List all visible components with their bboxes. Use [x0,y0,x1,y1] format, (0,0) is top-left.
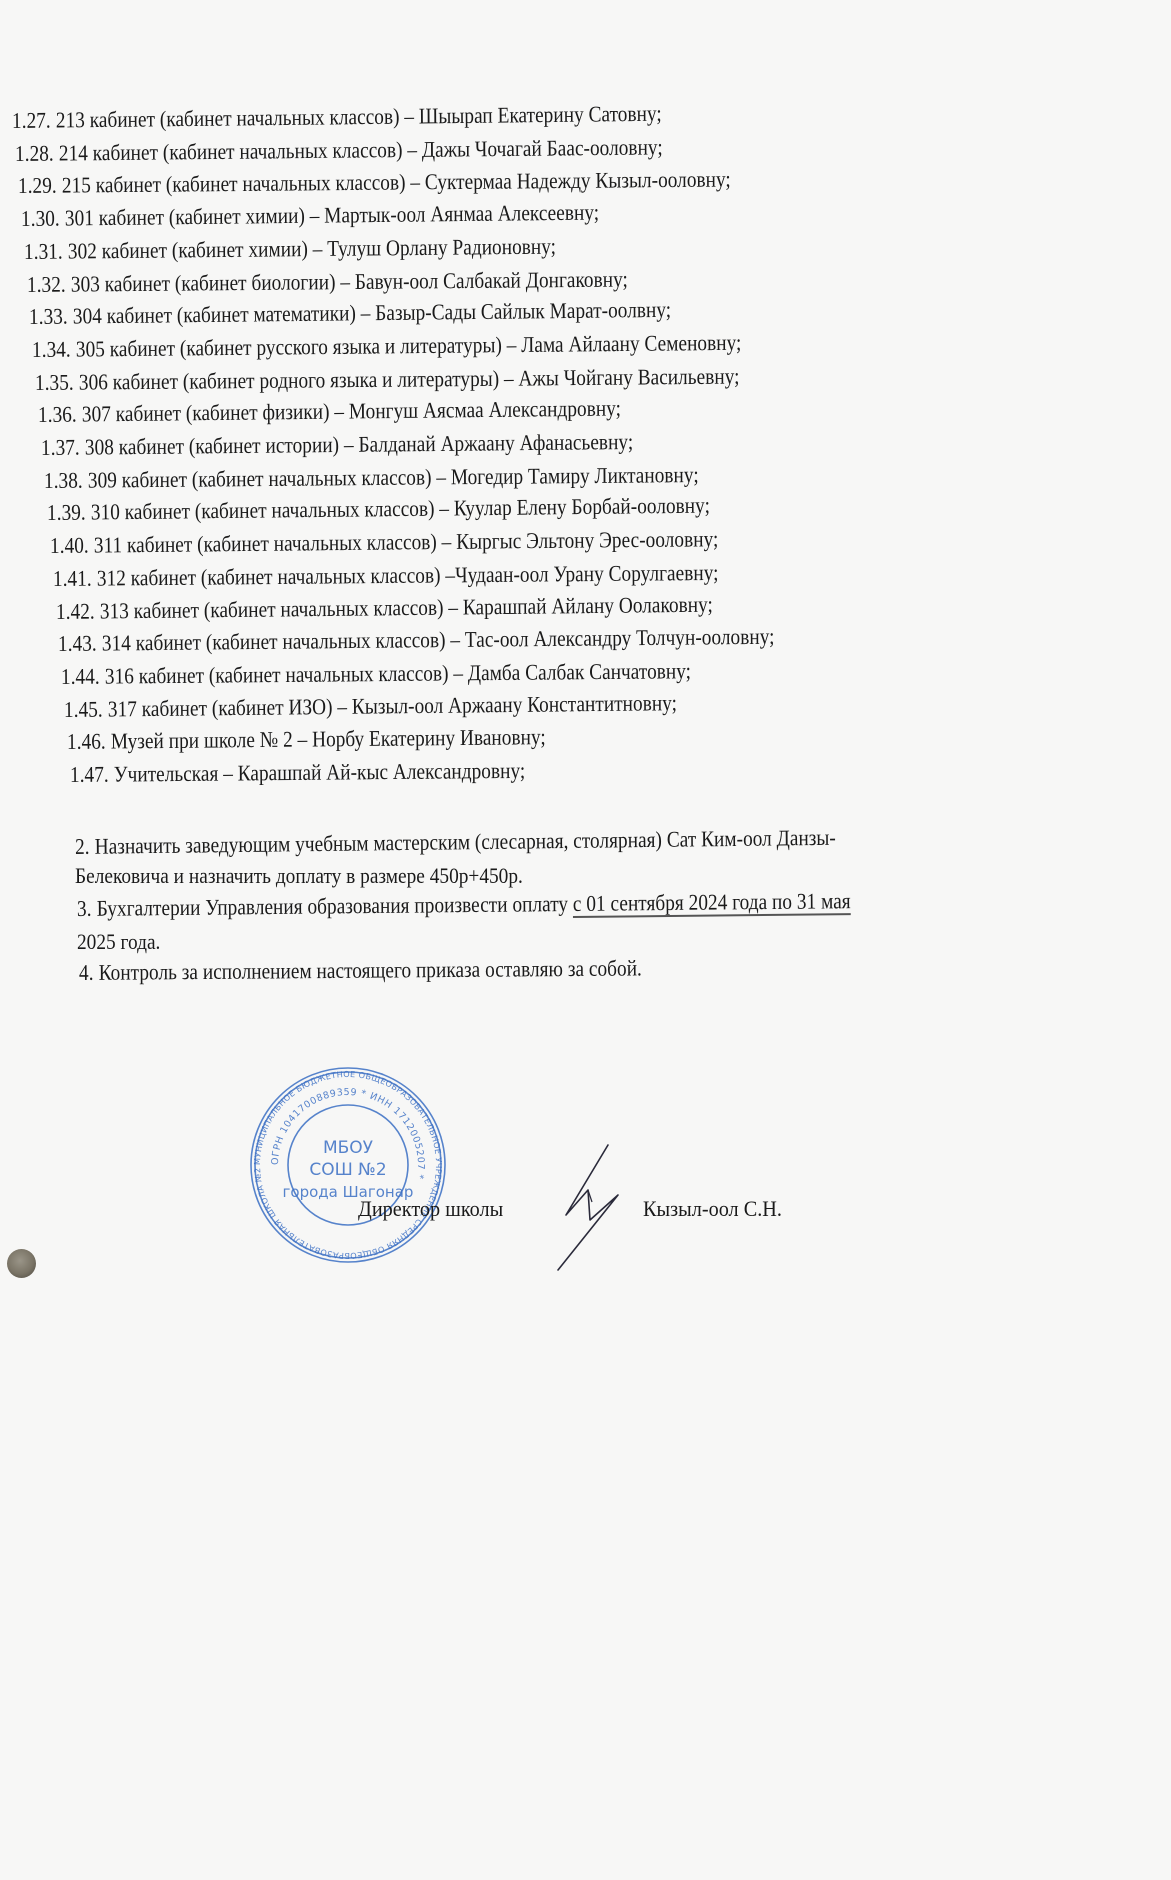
list-item: 1.34.305 кабинет (кабинет русского языка… [32,329,742,364]
handwritten-signature [548,1140,648,1275]
item-text: 310 кабинет (кабинет начальных классов) … [91,493,710,525]
item-number: 1.40. [50,533,89,558]
item-number: 1.45. [64,696,103,721]
school-stamp: МУНИЦИПАЛЬНОЕ БЮДЖЕТНОЕ ОБЩЕОБРАЗОВАТЕЛЬ… [248,1065,448,1265]
item-text: 301 кабинет (кабинет химии) – Мартык-оол… [64,200,598,231]
point-2-line-2: Белековича и назначить доплату в размере… [75,862,523,890]
item-text: 313 кабинет (кабинет начальных классов) … [99,591,712,623]
item-text: 302 кабинет (кабинет химии) – Тулуш Орла… [67,233,555,263]
point-3-line-2: 2025 года. [77,928,160,956]
item-number: 1.43. [58,631,97,656]
item-text: 311 кабинет (кабинет начальных классов) … [93,526,718,557]
list-item: 1.37.308 кабинет (кабинет истории) – Бал… [41,428,633,462]
list-item: 1.32.303 кабинет (кабинет биологии) – Ба… [26,265,627,298]
list-item: 1.44.316 кабинет (кабинет начальных клас… [61,657,691,691]
list-item: 1.28.214 кабинет (кабинет начальных клас… [15,133,663,168]
item-text: Учительская – Карашпай Ай-кыс Александро… [114,758,526,787]
list-item: 1.39.310 кабинет (кабинет начальных клас… [47,492,710,527]
item-number: 1.35. [35,369,74,394]
list-item: 1.33.304 кабинет (кабинет математики) – … [29,296,671,331]
signer-name: Кызыл-оол С.Н. [643,1196,782,1222]
list-item: 1.43.314 кабинет (кабинет начальных клас… [58,623,775,658]
point-2-line-1: 2.Назначить заведующим учебным мастерски… [75,824,836,861]
item-number: 1.47. [70,762,109,787]
list-item: 1.35.306 кабинет (кабинет родного языка … [35,362,740,396]
item-number: 1.33. [29,304,68,329]
point-3-line-1: 3.Бухгалтерии Управления образования про… [77,887,851,923]
svg-text:СОШ №2: СОШ №2 [309,1160,386,1180]
item-text: 306 кабинет (кабинет родного языка и лит… [79,363,740,394]
list-item: 1.38.309 кабинет (кабинет начальных клас… [44,461,699,495]
item-number: 1.44. [61,664,100,689]
item-text: 314 кабинет (кабинет начальных классов) … [102,624,775,656]
item-number: 1.30. [21,206,60,231]
item-number: 1.36. [38,402,77,427]
item-text: 215 кабинет (кабинет начальных классов) … [62,167,731,198]
item-number: 1.42. [55,598,94,623]
item-number: 1.37. [41,435,80,460]
punch-hole [7,1249,36,1278]
item-text: Музей при школе № 2 – Норбу Екатерину Ив… [111,724,546,753]
item-number: 1.32. [26,271,65,296]
item-number: 1.39. [47,500,86,525]
item-text: 307 кабинет (кабинет физики) – Монгуш Ая… [82,396,621,427]
item-text: 308 кабинет (кабинет истории) – Балданай… [85,429,633,460]
item-text: 305 кабинет (кабинет русского языка и ли… [76,330,742,362]
item-number: 1.28. [15,140,54,165]
item-text: 214 кабинет (кабинет начальных классов) … [59,134,663,165]
item-text: 303 кабинет (кабинет биологии) – Бавун-о… [70,266,627,296]
item-text: 312 кабинет (кабинет начальных классов) … [96,560,718,591]
list-item: 1.42.313 кабинет (кабинет начальных клас… [55,590,712,625]
item-text: 316 кабинет (кабинет начальных классов) … [105,658,691,688]
list-item: 1.29.215 кабинет (кабинет начальных клас… [18,166,731,201]
list-item: 1.36.307 кабинет (кабинет физики) – Монг… [38,395,621,430]
item-number: 1.38. [44,467,83,492]
signer-position: Директор школы [358,1196,503,1222]
item-number: 1.41. [53,565,92,590]
document-page: 1.27.213 кабинет (кабинет начальных клас… [0,0,1171,1880]
item-text: 317 кабинет (кабинет ИЗО) – Кызыл-оол Ар… [108,690,677,721]
item-text: 309 кабинет (кабинет начальных классов) … [88,462,699,493]
list-item: 1.46.Музей при школе № 2 – Норбу Екатери… [67,723,546,756]
list-item: 1.47.Учительская – Карашпай Ай-кыс Алекс… [70,757,525,789]
item-number: 1.34. [32,336,71,361]
item-text: 213 кабинет (кабинет начальных классов) … [56,101,662,133]
item-number: 1.46. [67,729,106,754]
svg-text:МБОУ: МБОУ [323,1138,374,1158]
item-number: 1.31. [23,238,62,263]
payment-period: с 01 сентября 2024 года по 31 мая [573,888,851,916]
list-item: 1.45.317 кабинет (кабинет ИЗО) – Кызыл-о… [64,689,677,724]
list-item: 1.27.213 кабинет (кабинет начальных клас… [12,100,662,135]
list-item: 1.40.311 кабинет (кабинет начальных клас… [50,525,719,560]
list-item: 1.31.302 кабинет (кабинет химии) – Тулуш… [23,232,555,265]
item-number: 1.29. [18,173,57,198]
list-item: 1.41.312 кабинет (кабинет начальных клас… [52,559,718,593]
point-4: 4.Контроль за исполнением настоящего при… [79,954,642,987]
item-number: 1.27. [12,108,51,133]
list-item: 1.30.301 кабинет (кабинет химии) – Марты… [21,199,599,233]
item-text: 304 кабинет (кабинет математики) – Базыр… [73,297,671,329]
